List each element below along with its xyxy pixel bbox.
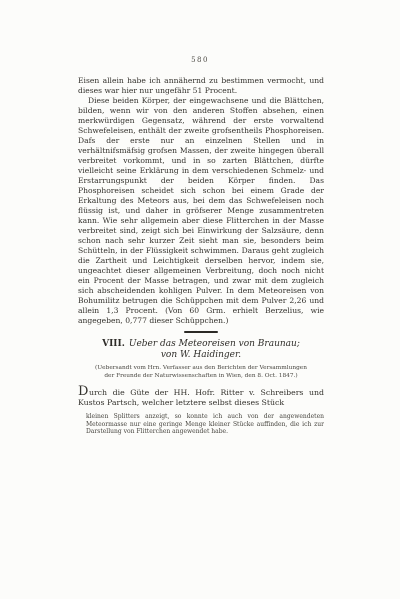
article-number: VIII.	[102, 339, 125, 349]
section-divider	[184, 331, 218, 333]
paragraph-main: Diese beiden Körper, der eingewachsene u…	[78, 96, 324, 326]
page-number: 580	[0, 56, 400, 64]
article-opening: Durch die Güte der HH. Hofr. Ritter v. S…	[78, 388, 324, 408]
footnote: kleinen Splitters anzeigt, so konnte ich…	[78, 413, 324, 435]
article-heading: VIII.Ueber das Meteoreisen von Braunau; …	[78, 339, 324, 361]
drop-cap-initial: D	[78, 384, 89, 399]
article-title-line1: Ueber das Meteoreisen von Braunau;	[129, 339, 300, 349]
article-title-line2: von W. Haidinger.	[78, 350, 324, 361]
paragraph-continuation: Eisen allein habe ich annähernd zu besti…	[78, 76, 324, 96]
scanned-journal-page: 580 Eisen allein habe ich annähernd zu b…	[0, 0, 400, 599]
article-opening-text: urch die Güte der HH. Hofr. Ritter v. Sc…	[78, 388, 324, 407]
text-column: Eisen allein habe ich annähernd zu besti…	[78, 76, 324, 435]
editorial-note: (Uebersandt vom Hrn. Verfasser aus den B…	[93, 365, 309, 380]
